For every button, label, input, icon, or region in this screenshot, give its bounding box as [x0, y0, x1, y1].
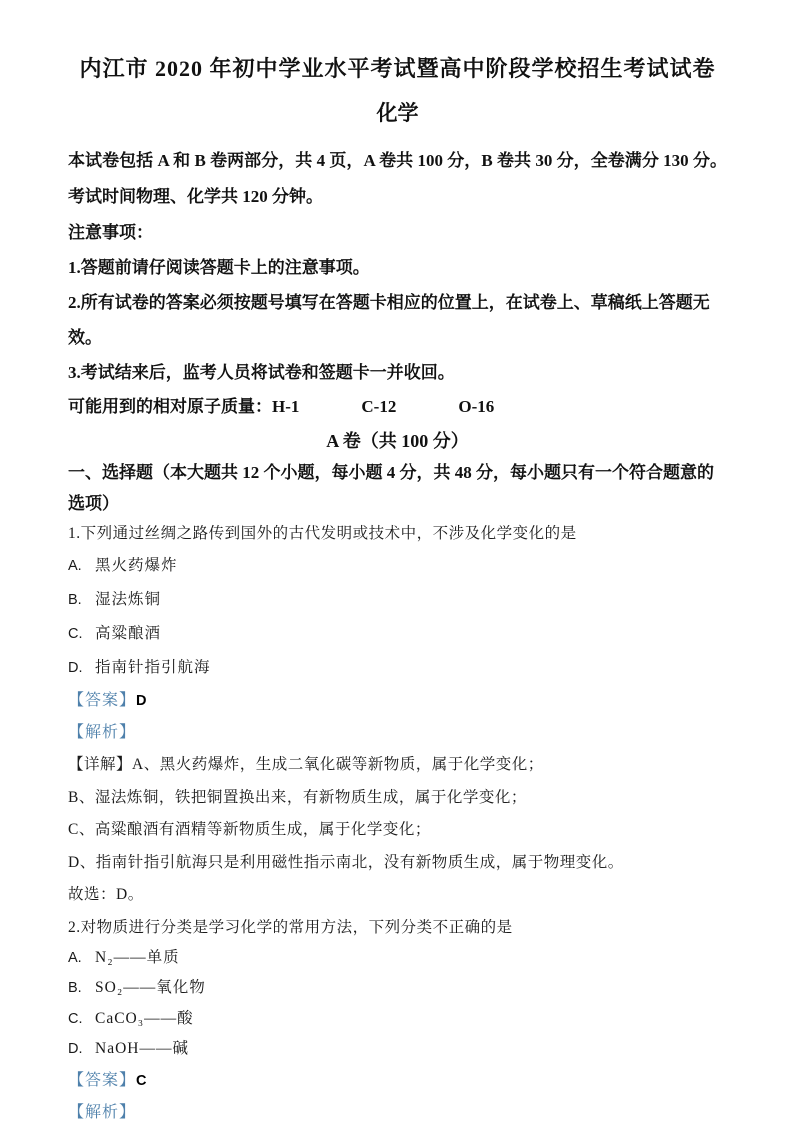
notes-header: 注意事项：: [68, 216, 727, 250]
question-2: 2.对物质进行分类是学习化学的常用方法，下列分类不正确的是 A.N₂——单质 B…: [68, 912, 727, 1122]
exam-intro: 本试卷包括 A 和 B 卷两部分，共 4 页，A 卷共 100 分，B 卷共 3…: [68, 143, 727, 215]
subject-title: 化学: [68, 97, 727, 129]
question-1-analysis-line: 【解析】: [68, 717, 727, 749]
question-1-explanation-conclusion: 故选：D。: [68, 879, 727, 912]
option-text: 湿法炼铜: [95, 591, 161, 608]
section-a-header: A 卷（共 100 分）: [68, 425, 727, 457]
page-title: 内江市 2020 年初中学业水平考试暨高中阶段学校招生考试试卷: [68, 52, 727, 86]
option-label: C.: [68, 1004, 95, 1035]
question-2-option-a: A.N₂——单质: [68, 943, 727, 974]
option-label: C.: [68, 618, 95, 651]
note-item-1: 1.答题前请仔阅读答题卡上的注意事项。: [68, 250, 727, 285]
atomic-mass-c: C-12: [361, 397, 396, 416]
option-text: NaOH——碱: [95, 1040, 189, 1057]
option-text: N₂——单质: [95, 949, 180, 966]
option-label: D.: [68, 1034, 95, 1065]
option-text: CaCO₃——酸: [95, 1010, 194, 1027]
atomic-masses-label: 可能用到的相对原子质量：: [68, 397, 272, 416]
option-text: 指南针指引航海: [95, 659, 211, 676]
question-1-option-a: A.黑火药爆炸: [68, 549, 727, 583]
option-text: SO₂——氧化物: [95, 979, 206, 996]
option-text: 黑火药爆炸: [95, 557, 178, 574]
analysis-tag: 【解析】: [68, 724, 136, 741]
question-2-option-b: B.SO₂——氧化物: [68, 973, 727, 1004]
atomic-masses-line: 可能用到的相对原子质量：H-1C-12O-16: [68, 390, 727, 424]
question-1-explanation-line-4: D、指南针指引航海只是利用磁性指示南北，没有新物质生成，属于物理变化。: [68, 847, 727, 880]
choice-section-header: 一、选择题（本大题共 12 个小题，每小题 4 分，共 48 分，每小题只有一个…: [68, 457, 727, 519]
option-text: 高粱酿酒: [95, 625, 161, 642]
atomic-mass-o: O-16: [458, 397, 494, 416]
question-1-stem: 1.下列通过丝绸之路传到国外的古代发明或技术中，不涉及化学变化的是: [68, 519, 727, 549]
note-item-2: 2.所有试卷的答案必须按题号填写在答题卡相应的位置上，在试卷上、草稿纸上答题无效…: [68, 285, 727, 355]
question-1-answer-line: 【答案】D: [68, 685, 727, 717]
question-2-option-c: C.CaCO₃——酸: [68, 1004, 727, 1035]
question-2-analysis-line: 【解析】: [68, 1097, 727, 1122]
question-2-stem: 2.对物质进行分类是学习化学的常用方法，下列分类不正确的是: [68, 912, 727, 943]
answer-tag: 【答案】: [68, 1072, 136, 1089]
option-label: B.: [68, 973, 95, 1004]
question-1-explanation-line-3: C、高粱酿酒有酒精等新物质生成，属于化学变化；: [68, 814, 727, 847]
question-1-option-c: C.高粱酿酒: [68, 617, 727, 651]
option-label: B.: [68, 584, 95, 617]
note-item-3: 3.考试结来后，监考人员将试卷和签题卡一并收回。: [68, 355, 727, 390]
answer-letter: D: [136, 693, 146, 709]
question-2-option-d: D.NaOH——碱: [68, 1034, 727, 1065]
question-1-explanation-line-2: B、湿法炼铜，铁把铜置换出来，有新物质生成，属于化学变化；: [68, 782, 727, 815]
answer-tag: 【答案】: [68, 692, 136, 709]
atomic-mass-h: H-1: [272, 397, 299, 416]
question-2-answer-line: 【答案】C: [68, 1065, 727, 1097]
question-1: 1.下列通过丝绸之路传到国外的古代发明或技术中，不涉及化学变化的是 A.黑火药爆…: [68, 519, 727, 912]
question-1-option-b: B.湿法炼铜: [68, 583, 727, 617]
question-1-explanation-line-1: 【详解】A、黑火药爆炸，生成二氧化碳等新物质，属于化学变化；: [68, 749, 727, 782]
option-label: A.: [68, 550, 95, 583]
question-1-option-d: D.指南针指引航海: [68, 651, 727, 685]
answer-letter: C: [136, 1073, 146, 1089]
analysis-tag: 【解析】: [68, 1104, 136, 1121]
option-label: A.: [68, 943, 95, 974]
exam-paper-page: 内江市 2020 年初中学业水平考试暨高中阶段学校招生考试试卷 化学 本试卷包括…: [0, 0, 793, 1122]
option-label: D.: [68, 652, 95, 685]
